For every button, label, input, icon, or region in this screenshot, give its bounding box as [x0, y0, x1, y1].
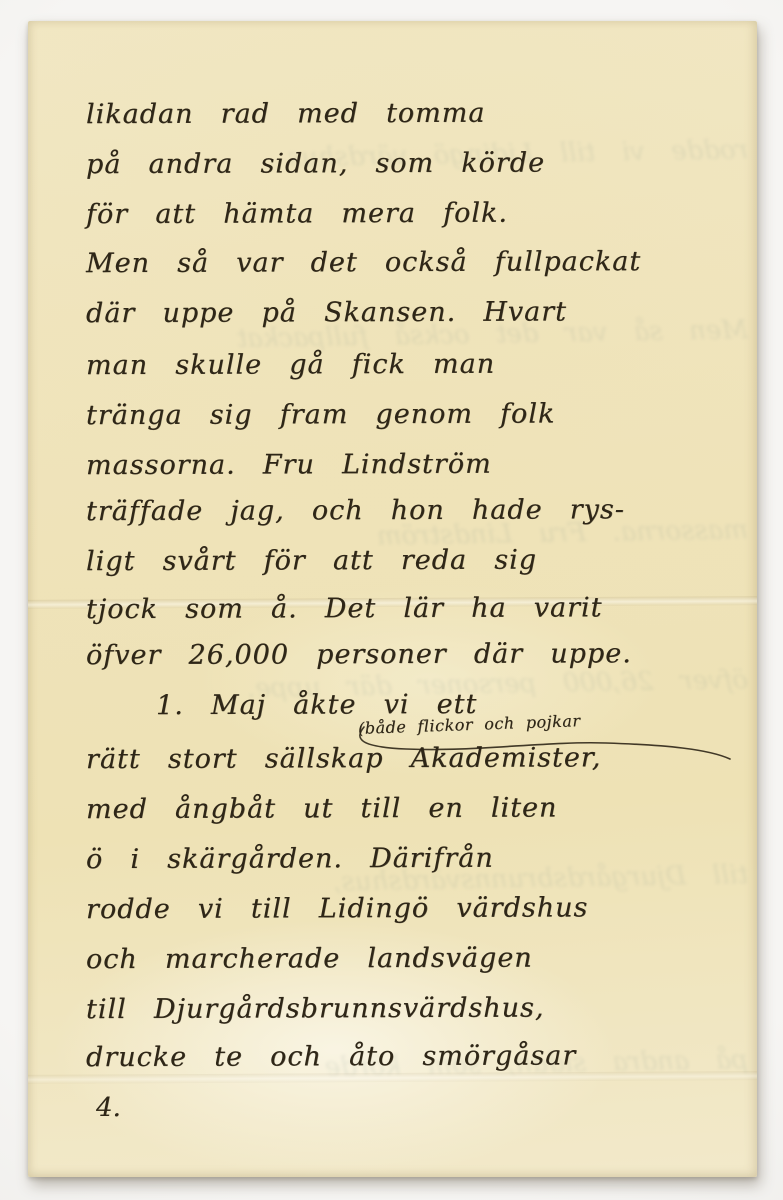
handwriting-line: Men så var det också fullpackat [86, 246, 736, 279]
letter-page: rodde vi till Lidingö värdshus Men så va… [28, 21, 757, 1177]
handwriting-line: likadan rad med tomma [86, 97, 736, 130]
fold-crease [28, 1071, 757, 1084]
handwriting-line: träffade jag, och hon hade rys- [86, 494, 736, 527]
handwriting-line: massorna. Fru Lindström [86, 448, 736, 481]
handwriting-line: man skulle gå fick man [86, 348, 736, 381]
handwriting-line: tjock som å. Det lär ha varit [86, 592, 736, 625]
handwriting-line: för att hämta mera folk. [86, 197, 736, 230]
handwriting-line: där uppe på Skansen. Hvart [86, 296, 736, 329]
handwriting-line: rätt stort sällskap Akademister, [86, 742, 736, 775]
handwriting-line: ö i skärgården. Därifrån [86, 842, 736, 875]
handwriting-line: till Djurgårdsbrunnsvärdshus, [86, 992, 736, 1025]
scan-background: { "letter": { "lines": [ "likadan rad me… [0, 0, 783, 1200]
handwriting-line: rodde vi till Lidingö värdshus [86, 892, 736, 925]
handwriting-line: tränga sig fram genom folk [86, 398, 736, 431]
handwriting-line: öfver 26,000 personer där uppe. [86, 638, 736, 671]
handwriting-line: på andra sidan, som körde [86, 147, 736, 180]
handwriting-line: med ångbåt ut till en liten [86, 792, 736, 825]
handwriting-line: ligt svårt för att reda sig [86, 544, 736, 577]
page-number: 4. [96, 1093, 121, 1123]
handwriting-line: drucke te och åto smörgåsar [86, 1040, 736, 1073]
handwriting-line: och marcherade landsvägen [86, 942, 736, 975]
